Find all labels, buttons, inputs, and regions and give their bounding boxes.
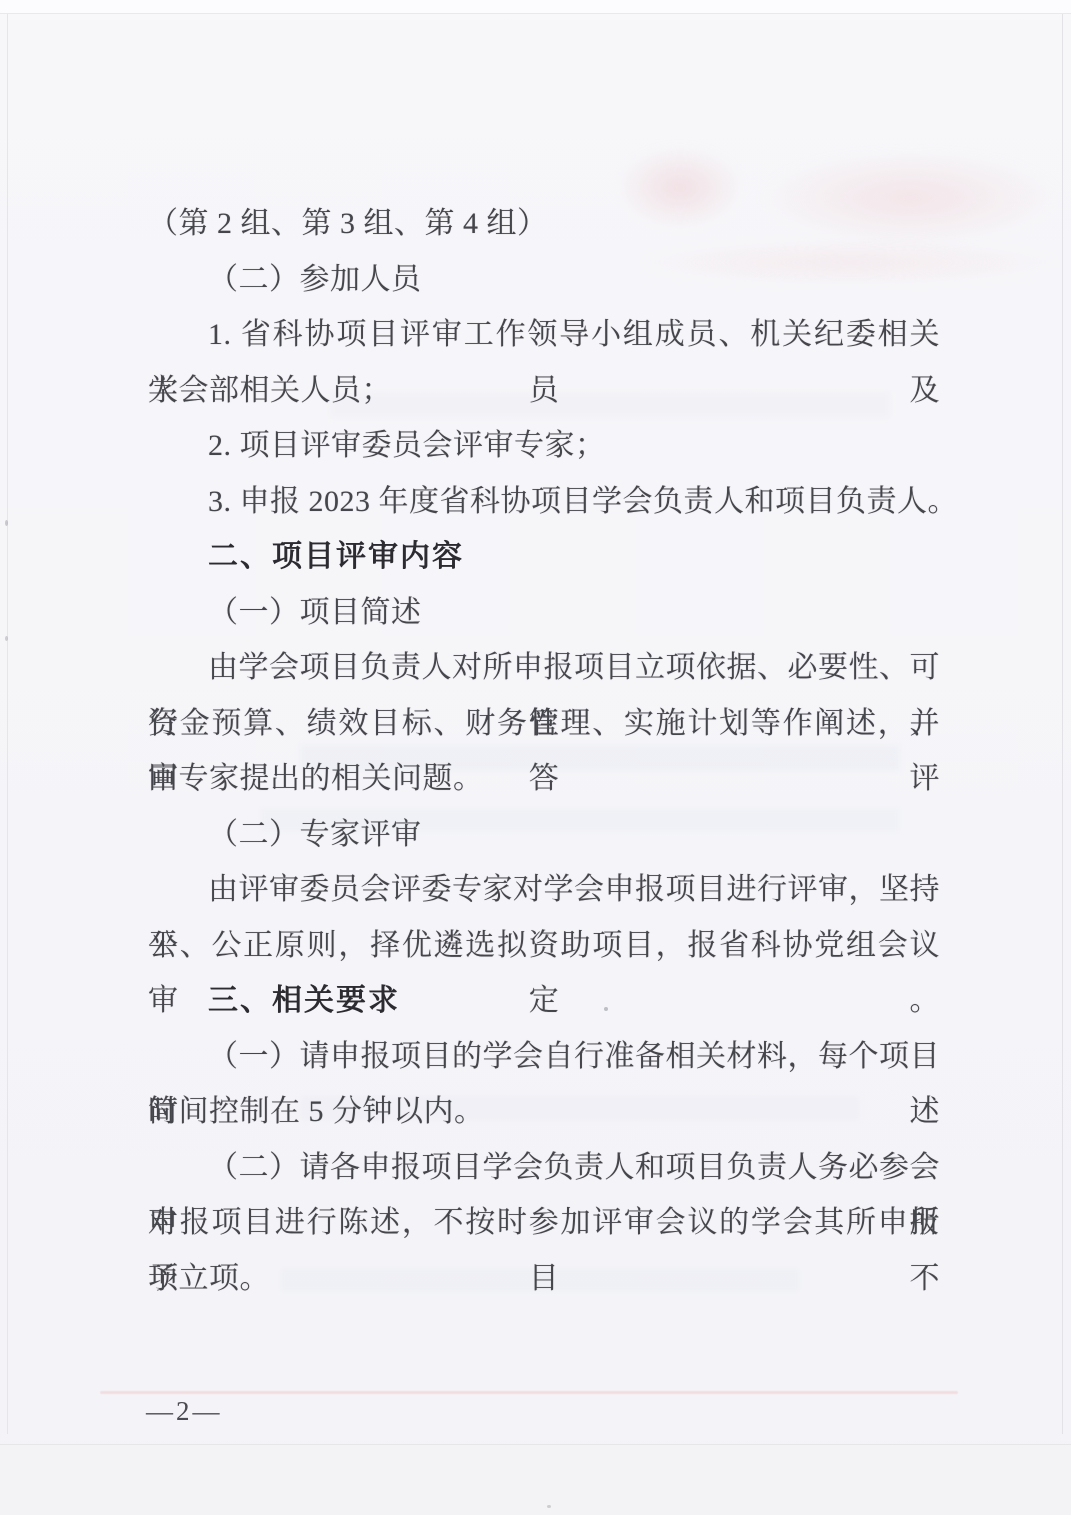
bleed-through-rule xyxy=(100,1391,958,1394)
doc-subheading-project-brief: （一）项目简述 xyxy=(148,585,940,641)
scan-speck xyxy=(547,1505,551,1508)
scan-edge-right-line xyxy=(1062,14,1063,1434)
scan-edge-left-line xyxy=(7,14,8,1434)
doc-line: 由学会项目负责人对所申报项目立项依据、必要性、可行性、 xyxy=(148,640,940,696)
doc-line: 2. 项目评审委员会评审专家； xyxy=(148,418,940,474)
doc-line: 3. 申报 2023 年度省科协项目学会负责人和项目负责人。 xyxy=(148,474,940,530)
doc-line: 资金预算、绩效目标、财务管理、实施计划等作阐述，并回答评 xyxy=(148,696,940,752)
doc-line: 由评审委员会评委专家对学会申报项目进行评审，坚持公 xyxy=(148,862,940,918)
doc-line: 1. 省科协项目评审工作领导小组成员、机关纪委相关人员及 xyxy=(148,307,940,363)
scan-edge-top-line xyxy=(0,13,1071,14)
scan-edge-bottom-strip xyxy=(0,1445,1071,1515)
doc-line-group-list: （第 2 组、第 3 组、第 4 组） xyxy=(148,196,940,252)
scan-speck xyxy=(5,520,8,526)
doc-line: （二）请各申报项目学会负责人和项目负责人务必参会对所 xyxy=(148,1140,940,1196)
scanned-document-page: { "document": { "lines": [ { "text": "（第… xyxy=(0,0,1071,1515)
page-number: —2— xyxy=(146,1396,223,1427)
section-heading-review-content: 二、项目评审内容 xyxy=(148,529,940,585)
document-body: （第 2 组、第 3 组、第 4 组） （二）参加人员 1. 省科协项目评审工作… xyxy=(148,196,940,1306)
doc-subheading-participants: （二）参加人员 xyxy=(148,252,940,308)
doc-line: 申报项目进行陈述，不按时参加评审会议的学会其所申报项目不 xyxy=(148,1195,940,1251)
scan-edge-top-strip xyxy=(0,0,1071,13)
doc-line: （一）请申报项目的学会自行准备相关材料，每个项目简述 xyxy=(148,1029,940,1085)
doc-line: 平、公正原则，择优遴选拟资助项目，报省科协党组会议审定。 xyxy=(148,918,940,974)
doc-subheading-expert-review: （二）专家评审 xyxy=(148,807,940,863)
scan-speck xyxy=(5,636,8,641)
